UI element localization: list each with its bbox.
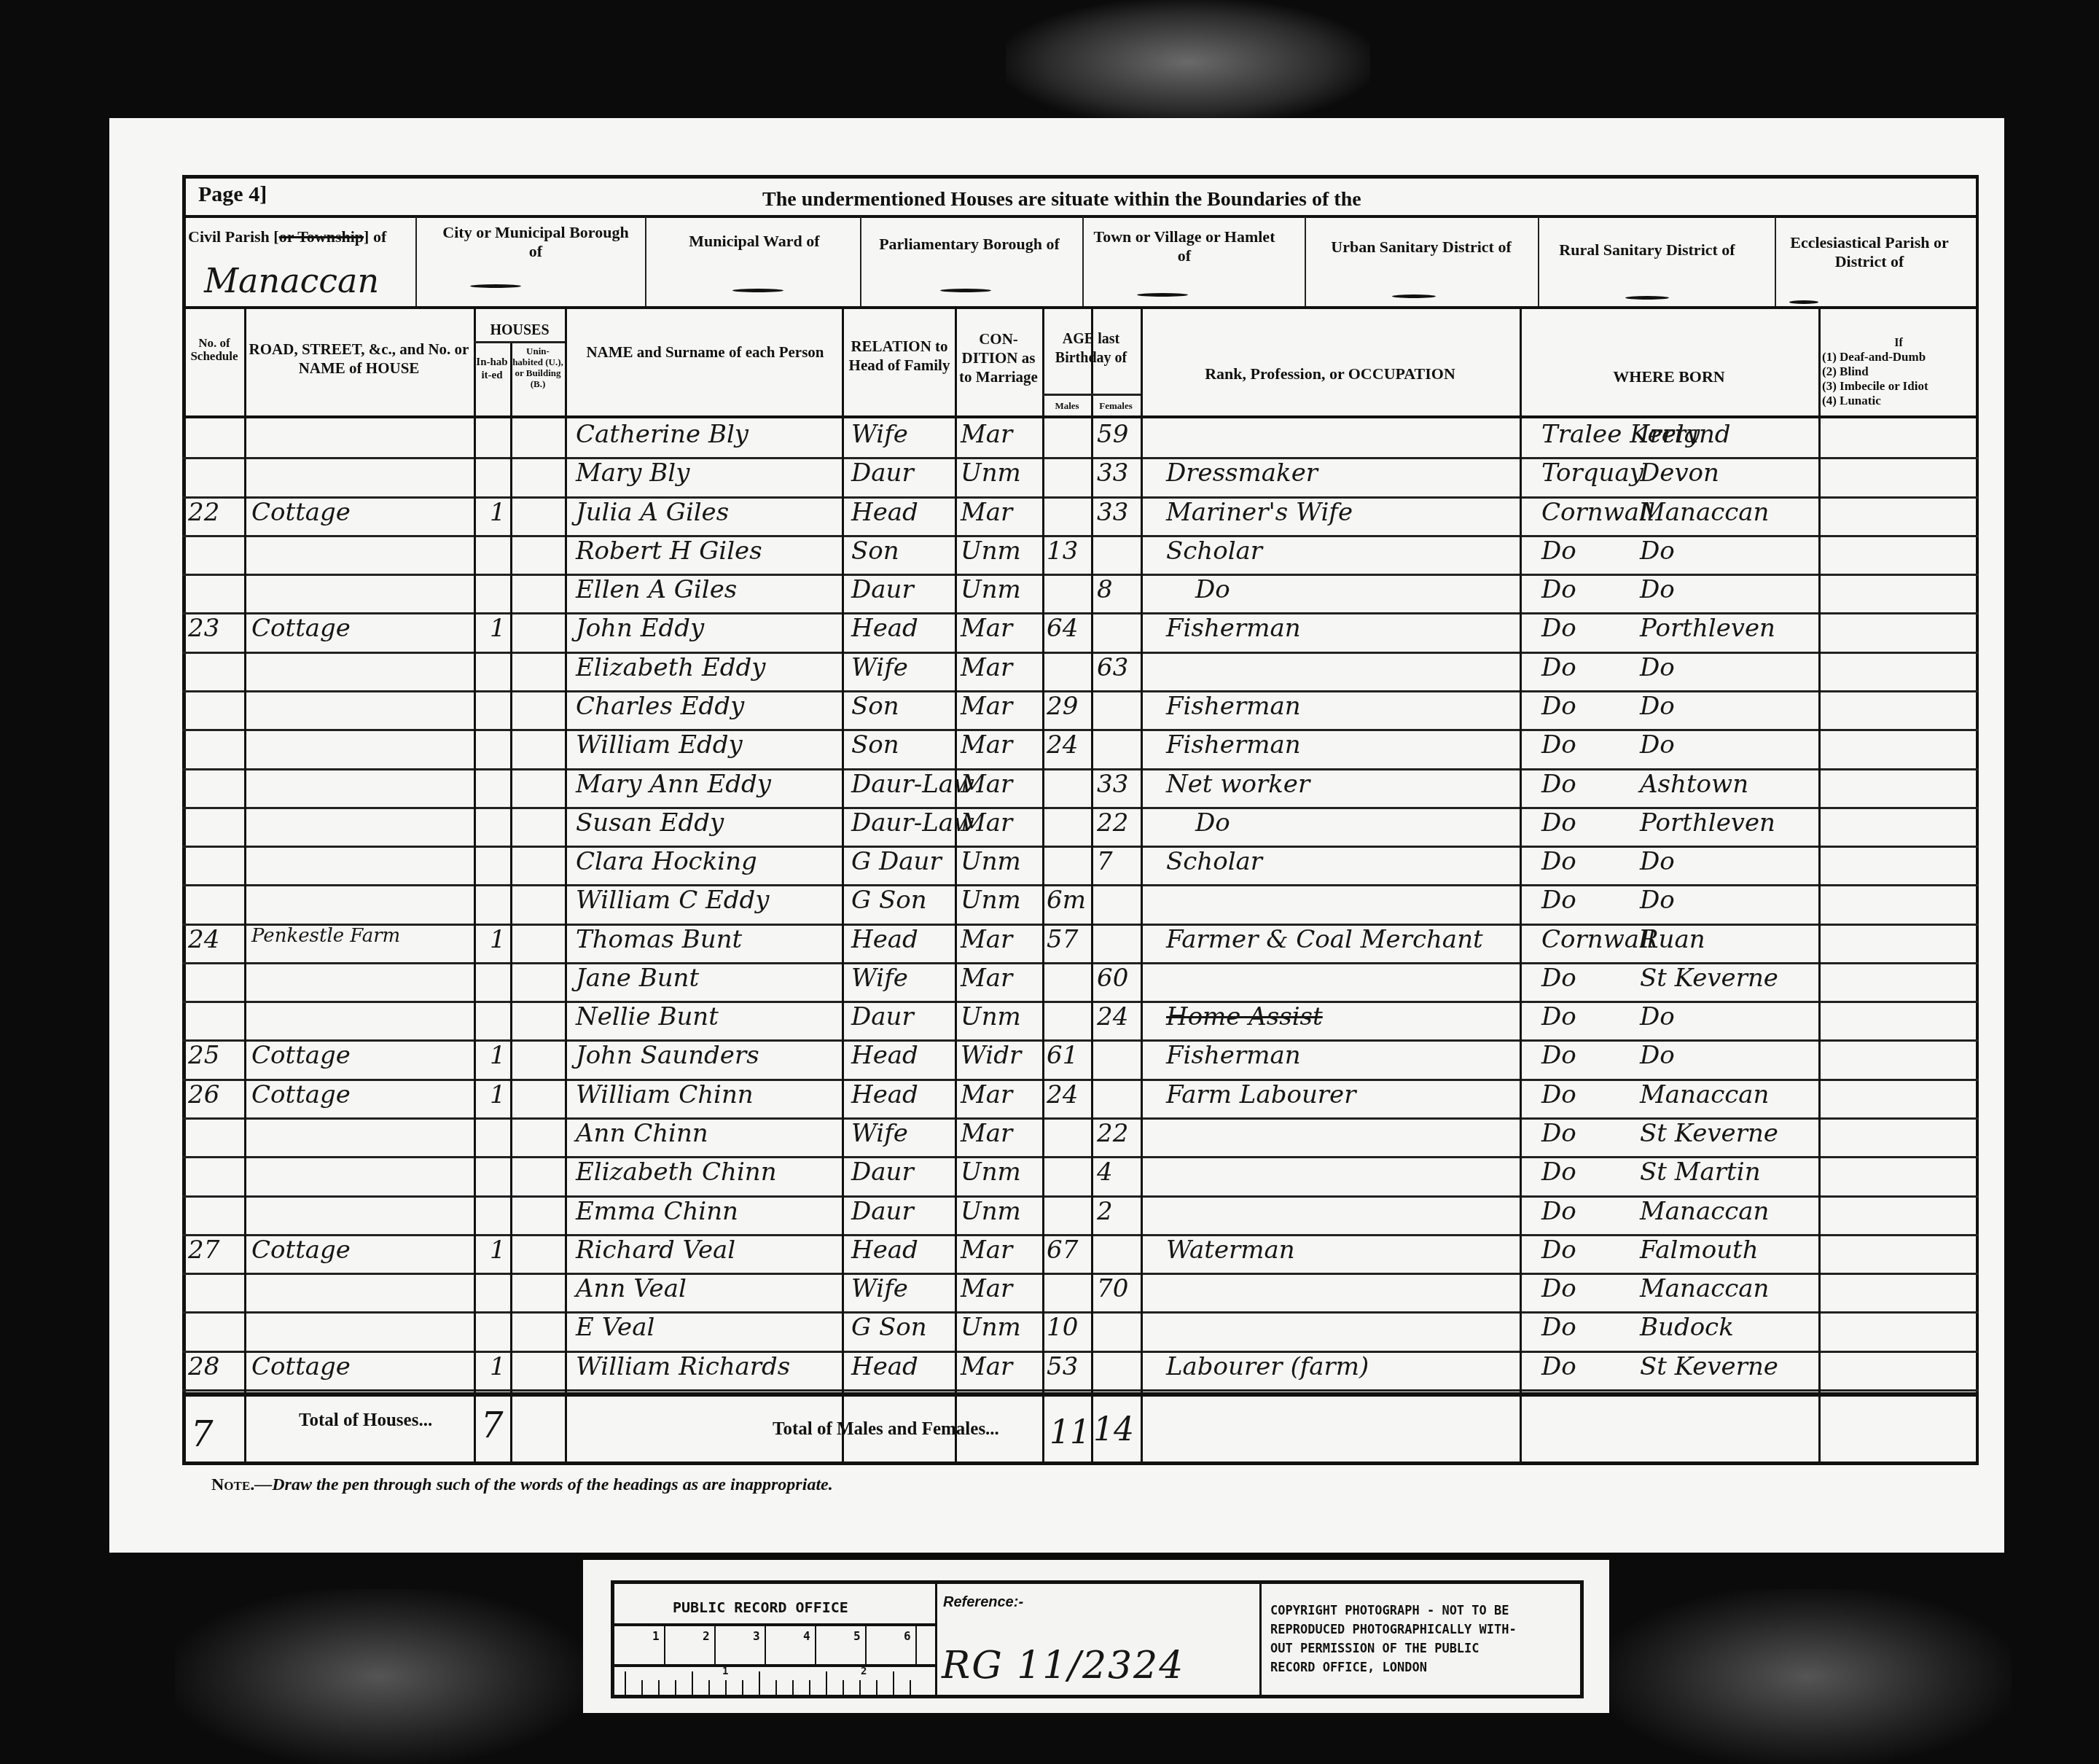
row-occupation: Mariner's Wife	[1166, 498, 1353, 527]
table-row: Nellie BuntDaurUnm24Home AssistDoDo	[0, 1001, 2099, 1039]
civil-parish-value: Manaccan	[204, 261, 379, 300]
row-born-county: Do	[1541, 808, 1576, 838]
row-relation: Son	[851, 692, 899, 721]
table-rule	[182, 306, 1979, 309]
houses-subrule	[474, 341, 565, 343]
column-divider	[1520, 306, 1522, 1465]
scan-background-glow-right	[1603, 1589, 2012, 1764]
boundary-divider	[1775, 216, 1776, 306]
row-road-house: Cottage	[251, 1236, 351, 1265]
table-row: Jane BuntWifeMar60DoSt Keverne	[0, 962, 2099, 1001]
row-condition: Mar	[961, 770, 1012, 799]
row-male-age: 24	[1047, 1080, 1078, 1109]
pro-left-panel: PUBLIC RECORD OFFICE 123456 12	[614, 1584, 937, 1695]
row-relation: Daur	[851, 1158, 914, 1187]
inch-tick	[809, 1680, 810, 1698]
row-male-age: 57	[1047, 925, 1078, 954]
inch-tick	[910, 1680, 911, 1698]
row-person-name: William Eddy	[576, 730, 743, 760]
row-born-place: St Keverne	[1640, 1352, 1778, 1381]
form-note: Note.—Draw the pen through such of the w…	[211, 1475, 833, 1495]
boundary-divider	[645, 216, 646, 306]
row-condition: Unm	[961, 1313, 1021, 1342]
row-schedule: 26	[188, 1080, 219, 1109]
row-person-name: Robert H Giles	[576, 536, 762, 566]
row-born-place: Ireland	[1640, 420, 1731, 449]
row-condition: Mar	[961, 925, 1012, 954]
row-occupation: Do	[1195, 808, 1230, 838]
inch-tick	[625, 1671, 626, 1698]
blank-dash-town	[1137, 293, 1188, 297]
row-born-county: Do	[1541, 964, 1576, 993]
table-row: Ann ChinnWifeMar22DoSt Keverne	[0, 1117, 2099, 1156]
row-person-name: Ann Chinn	[576, 1119, 708, 1148]
row-born-county: Do	[1541, 1041, 1576, 1070]
row-person-name: Emma Chinn	[576, 1197, 738, 1226]
row-born-county: Do	[1541, 1352, 1576, 1381]
table-row: William EddySonMar24FishermanDoDo	[0, 729, 2099, 768]
reference-label: Reference:-	[943, 1594, 1023, 1611]
table-row: 28Cottage1William RichardsHeadMar53Labou…	[0, 1351, 2099, 1389]
row-born-county: Do	[1541, 1080, 1576, 1109]
row-born-place: St Keverne	[1640, 1119, 1778, 1148]
row-male-age: 29	[1047, 692, 1078, 721]
row-male-age: 24	[1047, 730, 1078, 760]
table-row: Emma ChinnDaurUnm2DoManaccan	[0, 1195, 2099, 1234]
boundary-divider	[860, 216, 861, 306]
row-relation: Head	[851, 925, 918, 954]
table-row: Elizabeth EddyWifeMar63DoDo	[0, 652, 2099, 690]
row-occupation: Scholar	[1166, 847, 1262, 876]
scan-background-glow-left	[175, 1589, 583, 1764]
col-header-houses: HOUSES	[476, 324, 563, 337]
blank-dash-urban	[1392, 294, 1436, 298]
boundary-urban-sanitary-label: Urban Sanitary District of	[1312, 238, 1531, 257]
copyright-line: REPRODUCED PHOTOGRAPHICALLY WITH-	[1270, 1620, 1517, 1639]
total-persons-label: Total of Males and Females...	[773, 1419, 999, 1440]
row-born-place: Manaccan	[1640, 1274, 1770, 1303]
table-rule	[182, 215, 1979, 218]
row-person-name: Ellen A Giles	[576, 575, 737, 604]
row-condition: Unm	[961, 1197, 1021, 1226]
header-bottom-rule	[182, 415, 1979, 418]
row-born-place: Do	[1640, 1002, 1675, 1031]
inch-tick	[641, 1680, 643, 1698]
col-header-inhabited: In-habit-ed	[475, 356, 509, 382]
row-female-age: 2	[1097, 1197, 1113, 1226]
row-condition: Unm	[961, 575, 1021, 604]
blank-dash-rural	[1625, 296, 1669, 300]
note-text: —Draw the pen through such of the words …	[254, 1475, 832, 1494]
row-condition: Unm	[961, 847, 1021, 876]
table-row: 27Cottage1Richard VealHeadMar67WatermanD…	[0, 1234, 2099, 1273]
age-subrule	[1042, 394, 1141, 396]
row-occupation: Labourer (farm)	[1166, 1352, 1369, 1381]
table-row: Robert H GilesSonUnm13ScholarDoDo	[0, 535, 2099, 574]
row-person-name: John Saunders	[576, 1041, 759, 1070]
row-occupation: Fisherman	[1166, 730, 1301, 760]
row-schedule: 28	[188, 1352, 219, 1381]
boundary-divider	[1305, 216, 1306, 306]
page-number: Page 4]	[198, 182, 267, 207]
row-condition: Unm	[961, 458, 1021, 488]
total-houses-label: Total of Houses...	[299, 1410, 432, 1431]
row-condition: Mar	[961, 420, 1012, 449]
total-schedules: 7	[191, 1414, 214, 1455]
row-female-age: 59	[1097, 420, 1128, 449]
scale-ruler: 123456 12	[614, 1623, 935, 1698]
cm-tick	[815, 1626, 816, 1664]
infirmity-option: (3) Imbecile or Idiot	[1822, 379, 1979, 394]
col-header-name: NAME and Surname of each Person	[576, 343, 834, 362]
column-divider	[565, 306, 567, 1465]
table-row: Ann VealWifeMar70DoManaccan	[0, 1273, 2099, 1311]
cm-tick	[865, 1626, 867, 1664]
row-born-county: Do	[1541, 770, 1576, 799]
column-divider	[955, 306, 957, 1465]
row-relation: Wife	[851, 420, 908, 449]
row-occupation: Net worker	[1166, 770, 1310, 799]
note-lead: Note.	[211, 1475, 254, 1494]
row-occupation: Waterman	[1166, 1236, 1295, 1265]
row-male-age: 67	[1047, 1236, 1078, 1265]
row-born-county: Do	[1541, 692, 1576, 721]
row-relation: Wife	[851, 653, 908, 682]
table-row: E VealG SonUnm10DoBudock	[0, 1311, 2099, 1350]
row-born-place: Do	[1640, 847, 1675, 876]
row-born-place: Do	[1640, 653, 1675, 682]
row-female-age: 7	[1097, 847, 1113, 876]
row-occupation: Dressmaker	[1166, 458, 1318, 488]
row-relation: Head	[851, 1352, 918, 1381]
table-row: Elizabeth ChinnDaurUnm4DoSt Martin	[0, 1156, 2099, 1195]
row-schedule: 23	[188, 614, 219, 643]
infirmity-option: (1) Deaf-and-Dumb	[1822, 350, 1979, 364]
label-part: Civil Parish [	[188, 227, 279, 246]
pro-office-label: PUBLIC RECORD OFFICE	[673, 1599, 848, 1616]
row-inhabited: 1	[490, 498, 506, 527]
row-person-name: Mary Ann Eddy	[576, 770, 771, 799]
row-born-county: Do	[1541, 1197, 1576, 1226]
column-divider	[1141, 306, 1143, 1465]
table-row: Mary BlyDaurUnm33DressmakerTorquayDevon	[0, 457, 2099, 496]
column-divider	[474, 306, 476, 1465]
table-rule	[182, 1392, 1979, 1397]
row-born-county: Do	[1541, 1002, 1576, 1031]
public-record-office-card: PUBLIC RECORD OFFICE 123456 12 Reference…	[583, 1560, 1609, 1713]
cm-tick	[915, 1626, 917, 1664]
copyright-line: RECORD OFFICE, LONDON	[1270, 1658, 1517, 1677]
inch-tick	[708, 1680, 710, 1698]
row-inhabited: 1	[490, 1236, 506, 1265]
row-person-name: Clara Hocking	[576, 847, 757, 876]
row-person-name: Catherine Bly	[576, 420, 748, 449]
row-condition: Unm	[961, 1158, 1021, 1187]
col-header-relation: RELATION to Head of Family	[845, 337, 953, 375]
pro-reference-panel: Reference:- RG 11/2324	[937, 1584, 1262, 1695]
inch-tick	[658, 1680, 660, 1698]
table-row: Charles EddySonMar29FishermanDoDo	[0, 690, 2099, 729]
boundary-divider	[415, 216, 417, 306]
row-condition: Mar	[961, 692, 1012, 721]
row-relation: G Son	[851, 886, 927, 915]
column-divider	[1091, 306, 1093, 1465]
row-born-place: Manaccan	[1640, 1197, 1770, 1226]
col-header-males: Males	[1044, 399, 1090, 413]
row-born-county: Do	[1541, 1119, 1576, 1148]
row-born-county: Do	[1541, 653, 1576, 682]
inch-tick	[826, 1671, 827, 1698]
col-header-schedule: No. of Schedule	[187, 337, 242, 363]
inch-tick	[742, 1680, 743, 1698]
row-occupation: Do	[1195, 575, 1230, 604]
cm-tick	[765, 1626, 766, 1664]
row-condition: Unm	[961, 886, 1021, 915]
row-female-age: 8	[1097, 575, 1113, 604]
row-person-name: John Eddy	[576, 614, 704, 643]
row-road-house: Cottage	[251, 498, 351, 527]
row-inhabited: 1	[490, 1080, 506, 1109]
inch-tick	[759, 1671, 760, 1698]
row-male-age: 53	[1047, 1352, 1078, 1381]
row-relation: Daur	[851, 1002, 914, 1031]
row-person-name: Charles Eddy	[576, 692, 744, 721]
row-person-name: Elizabeth Chinn	[576, 1158, 777, 1187]
row-male-age: 6m	[1047, 886, 1086, 915]
row-born-county: Torquay	[1541, 458, 1643, 488]
col-header-uninhabited: Unin-habited (U.), or Building (B.)	[512, 346, 564, 389]
cm-tick-label: 4	[803, 1629, 810, 1643]
blank-dash-ward	[732, 289, 783, 292]
row-relation: Head	[851, 1041, 918, 1070]
row-relation: Son	[851, 536, 899, 566]
inch-tick	[843, 1680, 844, 1698]
row-born-place: Do	[1640, 886, 1675, 915]
inch-tick-label: 2	[861, 1666, 867, 1677]
row-born-county: Do	[1541, 847, 1576, 876]
row-born-county: Do	[1541, 886, 1576, 915]
row-relation: Daur	[851, 575, 914, 604]
row-born-place: Budock	[1640, 1313, 1734, 1342]
total-females: 14	[1093, 1411, 1134, 1448]
inch-tick	[692, 1671, 693, 1698]
row-female-age: 63	[1097, 653, 1128, 682]
row-relation: G Son	[851, 1313, 927, 1342]
row-condition: Unm	[961, 1002, 1021, 1031]
row-male-age: 61	[1047, 1041, 1078, 1070]
scan-background-glow	[1006, 0, 1370, 124]
inch-tick	[893, 1671, 894, 1698]
row-female-age: 70	[1097, 1274, 1128, 1303]
row-born-county: Do	[1541, 730, 1576, 760]
row-occupation: Fisherman	[1166, 1041, 1301, 1070]
row-condition: Unm	[961, 536, 1021, 566]
row-born-county: Do	[1541, 536, 1576, 566]
inch-tick	[876, 1680, 877, 1698]
cm-tick-label: 5	[853, 1629, 861, 1643]
inch-tick	[775, 1680, 777, 1698]
boundary-divider	[1538, 216, 1539, 306]
row-road-house: Cottage	[251, 1080, 351, 1109]
boundary-civil-parish-label: Civil Parish [or Township] of	[188, 227, 414, 246]
row-condition: Mar	[961, 653, 1012, 682]
row-person-name: Julia A Giles	[576, 498, 729, 527]
inch-tick	[792, 1680, 794, 1698]
row-female-age: 60	[1097, 964, 1128, 993]
row-person-name: William C Eddy	[576, 886, 770, 915]
row-female-age: 22	[1097, 808, 1128, 838]
row-occupation: Farmer & Coal Merchant	[1166, 925, 1483, 954]
table-row: William C EddyG SonUnm6mDoDo	[0, 884, 2099, 923]
row-born-place: Devon	[1640, 458, 1719, 488]
row-inhabited: 1	[490, 1352, 506, 1381]
boundary-parl-borough-label: Parliamentary Borough of	[860, 235, 1079, 254]
table-row: Mary Ann EddyDaur-LawMar33Net workerDoAs…	[0, 768, 2099, 807]
row-relation: Daur	[851, 1197, 914, 1226]
row-relation: Daur	[851, 458, 914, 488]
cm-tick-label: 1	[652, 1629, 660, 1643]
row-condition: Mar	[961, 1274, 1012, 1303]
blank-dash-eccl	[1789, 300, 1818, 304]
inch-scale: 12	[614, 1667, 935, 1698]
row-born-county: Do	[1541, 575, 1576, 604]
row-condition: Mar	[961, 1236, 1012, 1265]
table-row: 23Cottage1John EddyHeadMar64FishermanDoP…	[0, 612, 2099, 651]
column-divider	[1042, 306, 1044, 1465]
cm-tick-label: 6	[904, 1629, 911, 1643]
row-occupation: Fisherman	[1166, 692, 1301, 721]
row-female-age: 33	[1097, 498, 1128, 527]
inch-tick-label: 1	[722, 1666, 728, 1677]
boundaries-banner: The undermentioned Houses are situate wi…	[762, 188, 1361, 211]
row-condition: Mar	[961, 730, 1012, 760]
column-divider	[1818, 306, 1821, 1465]
inch-tick	[859, 1680, 861, 1698]
row-person-name: Elizabeth Eddy	[576, 653, 766, 682]
row-condition: Mar	[961, 614, 1012, 643]
copyright-notice: COPYRIGHT PHOTOGRAPH - NOT TO BE REPRODU…	[1270, 1601, 1517, 1677]
row-female-age: 4	[1097, 1158, 1113, 1187]
row-born-county: Do	[1541, 614, 1576, 643]
row-occupation: Farm Labourer	[1166, 1080, 1356, 1109]
row-schedule: 24	[188, 925, 219, 954]
row-inhabited: 1	[490, 925, 506, 954]
cm-tick-label: 3	[753, 1629, 760, 1643]
boundary-city-label: City or Municipal Borough of	[437, 223, 634, 261]
row-person-name: Thomas Bunt	[576, 925, 742, 954]
row-rule	[182, 1389, 1979, 1392]
row-occupation: Home Assist	[1166, 1002, 1323, 1031]
row-schedule: 27	[188, 1236, 219, 1265]
row-road-house: Cottage	[251, 614, 351, 643]
table-row: Catherine BlyWifeMar59Tralee KerryIrelan…	[0, 418, 2099, 457]
row-condition: Mar	[961, 1352, 1012, 1381]
row-born-place: Do	[1640, 692, 1675, 721]
row-relation: Wife	[851, 1119, 908, 1148]
row-born-place: Falmouth	[1640, 1236, 1759, 1265]
row-born-county: Cornwall	[1541, 498, 1655, 527]
cm-scale: 123456	[614, 1626, 935, 1667]
boundary-divider	[1082, 216, 1084, 306]
cm-tick-label: 2	[703, 1629, 710, 1643]
row-inhabited: 1	[490, 614, 506, 643]
label-part: ] of	[364, 227, 386, 246]
copyright-line: COPYRIGHT PHOTOGRAPH - NOT TO BE	[1270, 1601, 1517, 1620]
table-row: 22Cottage1Julia A GilesHeadMar33Mariner'…	[0, 496, 2099, 535]
boundary-town-label: Town or Village or Hamlet of	[1093, 227, 1275, 265]
row-condition: Mar	[961, 498, 1012, 527]
infirmity-option: (2) Blind	[1822, 364, 1979, 379]
row-relation: Head	[851, 614, 918, 643]
row-relation: Wife	[851, 964, 908, 993]
row-person-name: William Chinn	[576, 1080, 754, 1109]
row-schedule: 22	[188, 498, 219, 527]
blank-dash-city	[470, 284, 521, 288]
row-born-county: Do	[1541, 1274, 1576, 1303]
column-divider	[842, 306, 844, 1465]
row-inhabited: 1	[490, 1041, 506, 1070]
row-person-name: Mary Bly	[576, 458, 689, 488]
table-row: Clara HockingG DaurUnm7ScholarDoDo	[0, 846, 2099, 884]
copyright-line: OUT PERMISSION OF THE PUBLIC	[1270, 1639, 1517, 1658]
total-houses-inhabited: 7	[481, 1405, 504, 1446]
row-condition: Mar	[961, 964, 1012, 993]
row-born-place: Porthleven	[1640, 808, 1775, 838]
row-person-name: Nellie Bunt	[576, 1002, 719, 1031]
infirmity-option: (4) Lunatic	[1822, 394, 1979, 408]
row-born-place: St Martin	[1640, 1158, 1761, 1187]
row-male-age: 10	[1047, 1313, 1078, 1342]
row-born-county: Do	[1541, 1236, 1576, 1265]
row-condition: Mar	[961, 808, 1012, 838]
row-relation: Head	[851, 1236, 918, 1265]
table-row: 24Penkestle Farm1Thomas BuntHeadMar57Far…	[0, 924, 2099, 962]
row-relation: Son	[851, 730, 899, 760]
row-male-age: 13	[1047, 536, 1078, 566]
row-person-name: Ann Veal	[576, 1274, 687, 1303]
row-person-name: William Richards	[576, 1352, 790, 1381]
row-born-county: Cornwall	[1541, 925, 1655, 954]
row-born-place: Ruan	[1640, 925, 1705, 954]
row-schedule: 25	[188, 1041, 219, 1070]
boundary-rural-sanitary-label: Rural Sanitary District of	[1538, 241, 1756, 259]
table-row: Susan EddyDaur-LawMar22DoDoPorthleven	[0, 807, 2099, 846]
row-female-age: 24	[1097, 1002, 1128, 1031]
row-occupation: Scholar	[1166, 536, 1262, 566]
row-born-place: Manaccan	[1640, 1080, 1770, 1109]
row-born-county: Do	[1541, 1313, 1576, 1342]
row-occupation: Fisherman	[1166, 614, 1301, 643]
col-header-occupation: Rank, Profession, or OCCUPATION	[1144, 364, 1516, 383]
row-male-age: 64	[1047, 614, 1078, 643]
row-condition: Mar	[961, 1119, 1012, 1148]
row-person-name: E Veal	[576, 1313, 654, 1342]
col-header-infirmity-if: If	[1822, 337, 1975, 350]
row-born-place: Ashtown	[1640, 770, 1748, 799]
col-header-infirmity-list: (1) Deaf-and-Dumb (2) Blind (3) Imbecile…	[1822, 350, 1979, 408]
row-road-house: Cottage	[251, 1041, 351, 1070]
row-born-county: Do	[1541, 1158, 1576, 1187]
row-born-place: Porthleven	[1640, 614, 1775, 643]
row-road-house: Penkestle Farm	[251, 925, 400, 947]
column-divider	[510, 343, 512, 1465]
row-person-name: Jane Bunt	[576, 964, 699, 993]
row-condition: Mar	[961, 1080, 1012, 1109]
row-born-place: Do	[1640, 536, 1675, 566]
struck-township: or Township	[279, 227, 364, 246]
row-female-age: 22	[1097, 1119, 1128, 1148]
row-person-name: Susan Eddy	[576, 808, 724, 838]
